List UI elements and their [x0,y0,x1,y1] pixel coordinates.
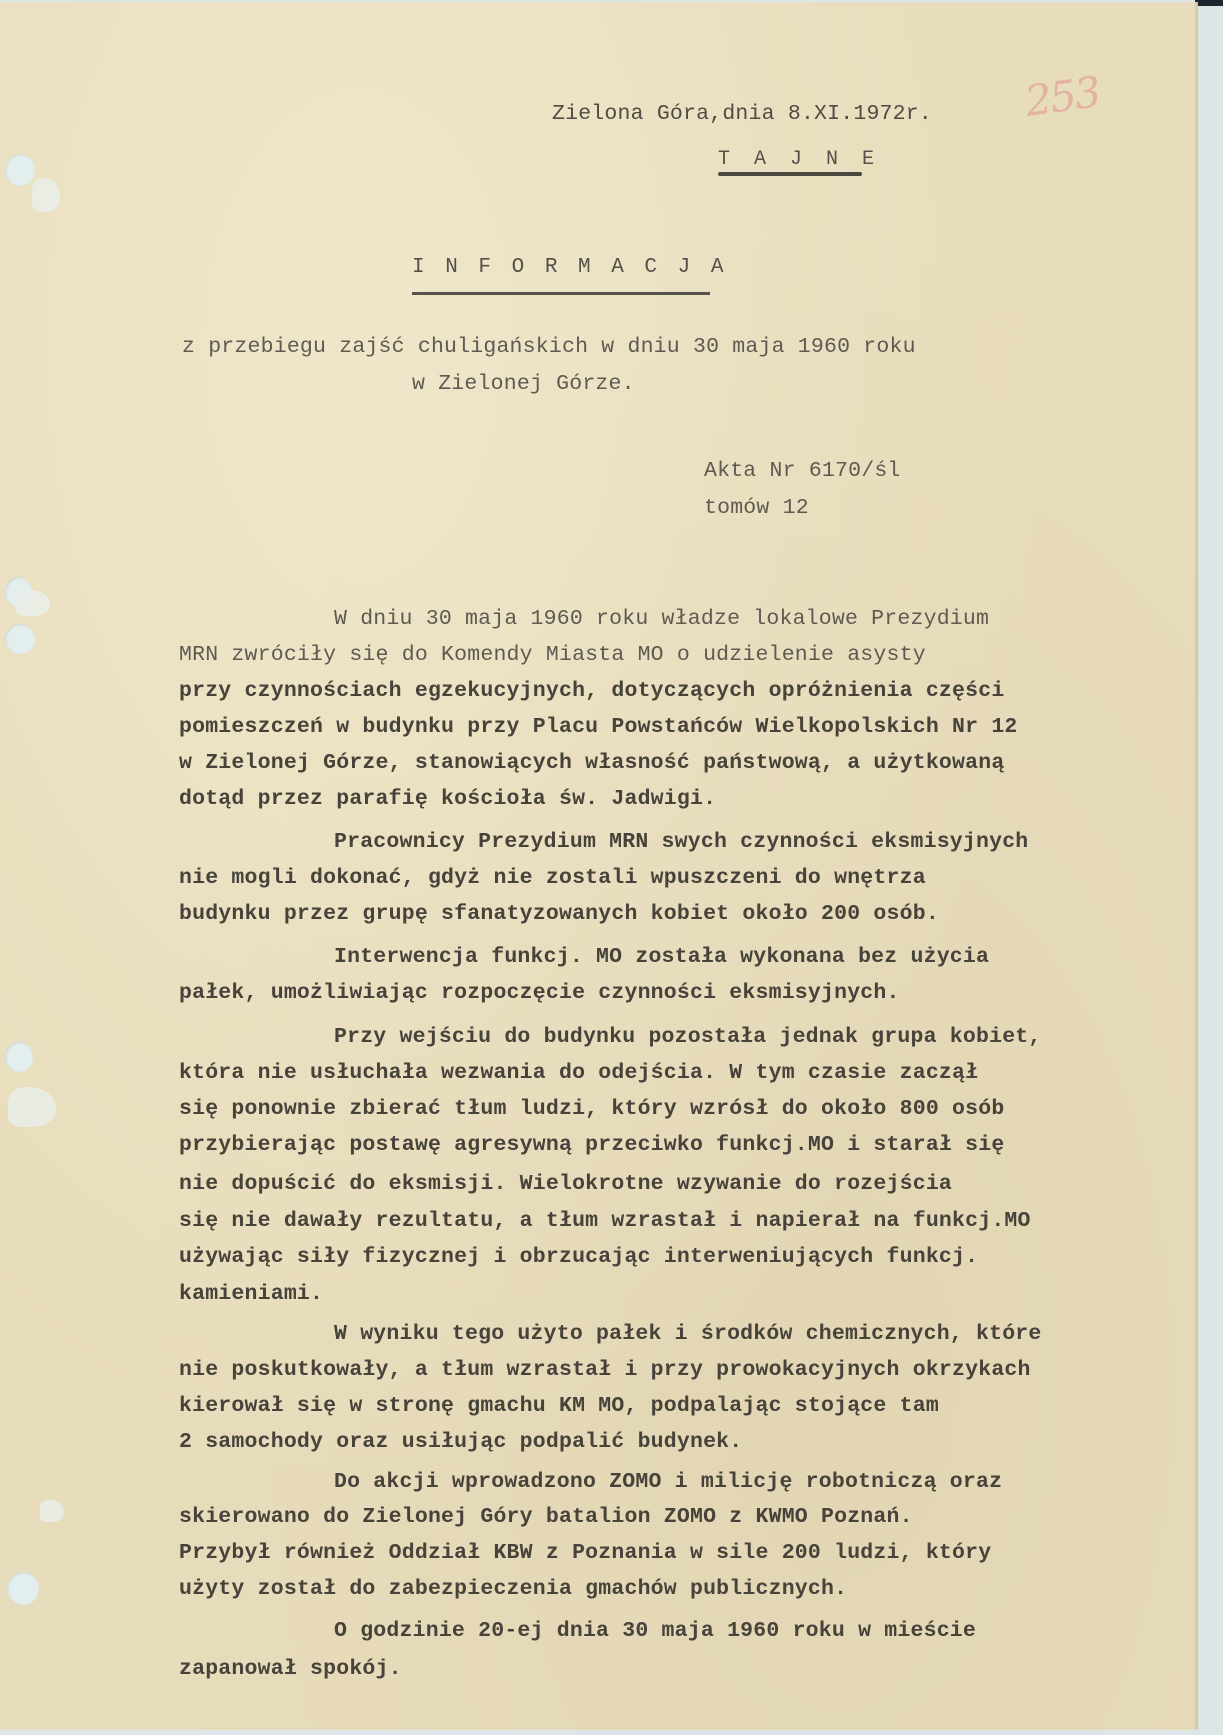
punch-hole [5,154,35,186]
subtitle-line-2: w Zielonej Górze. [412,372,635,396]
body-line: Pracownicy Prezydium MRN swych czynności… [334,830,1028,854]
scan-edge-dark [1195,0,1223,6]
body-line: W wyniku tego użyto pałek i środków chem… [334,1322,1042,1346]
body-line: przy czynnościach egzekucyjnych, dotyczą… [179,679,1004,703]
body-line: używając siły fizycznej i obrzucając int… [179,1245,978,1269]
body-line: która nie usłuchała wezwania do odejścia… [179,1061,978,1085]
body-line: użyty został do zabezpieczenia gmachów p… [179,1577,847,1601]
body-line: pomieszczeń w budynku przy Placu Powstań… [179,715,1018,739]
body-line: dotąd przez parafię kościoła św. Jadwigi… [179,787,716,811]
body-line: nie mogli dokonać, gdyż nie zostali wpus… [179,866,926,890]
page-number-annotation: 253 [1022,67,1102,126]
title-underline [412,292,710,295]
body-line: Przy wejściu do budynku pozostała jednak… [334,1025,1042,1049]
body-line: zapanował spokój. [179,1657,402,1681]
body-line: kierował się w stronę gmachu KM MO, podp… [179,1394,939,1418]
body-line: przybierając postawę agresywną przeciwko… [179,1133,1004,1157]
classification-stamp: T A J N E [718,148,880,171]
document-page: 253 Zielona Góra,dnia 8.XI.1972r. T A J … [0,2,1198,1730]
paper-tear [8,1087,56,1127]
body-line: MRN zwróciły się do Komendy Miasta MO o … [179,643,926,667]
volume-count: tomów 12 [704,496,809,520]
paper-tear [15,590,50,616]
body-line: się ponownie zbierać tłum ludzi, który w… [179,1097,1004,1121]
body-line: w Zielonej Górze, stanowiących własność … [179,751,1004,775]
subtitle-line-1: z przebiegu zajść chuligańskich w dniu 3… [182,335,916,359]
body-line: nie poskutkowały, a tłum wzrastał i przy… [179,1358,1031,1382]
punch-hole [5,624,35,654]
body-line: skierowano do Zielonej Góry batalion ZOM… [179,1505,913,1529]
file-number: Akta Nr 6170/śl [704,459,901,483]
body-line: Do akcji wprowadzono ZOMO i milicję robo… [334,1470,1002,1494]
body-line: się nie dawały rezultatu, a tłum wzrasta… [179,1209,1031,1233]
body-line: budynku przez grupę sfanatyzowanych kobi… [179,902,939,926]
punch-hole [5,1042,33,1072]
body-line: nie dopuścić do eksmisji. Wielokrotne wz… [179,1172,952,1196]
place-date: Zielona Góra,dnia 8.XI.1972r. [552,102,932,126]
body-line: W dniu 30 maja 1960 roku władze lokalowe… [334,607,989,631]
paper-tear [40,1500,64,1522]
body-line: Przybył również Oddział KBW z Poznania w… [179,1541,991,1565]
classification-underline [718,172,862,176]
document-title: I N F O R M A C J A [412,256,727,279]
body-line: O godzinie 20-ej dnia 30 maja 1960 roku … [334,1619,976,1643]
body-line: kamieniami. [179,1282,323,1306]
body-line: 2 samochody oraz usiłując podpalić budyn… [179,1430,742,1454]
punch-hole [7,1572,39,1605]
paper-tear [32,178,60,212]
body-line: Interwencja funkcj. MO została wykonana … [334,945,989,969]
body-line: pałek, umożliwiając rozpoczęcie czynnośc… [179,981,900,1005]
